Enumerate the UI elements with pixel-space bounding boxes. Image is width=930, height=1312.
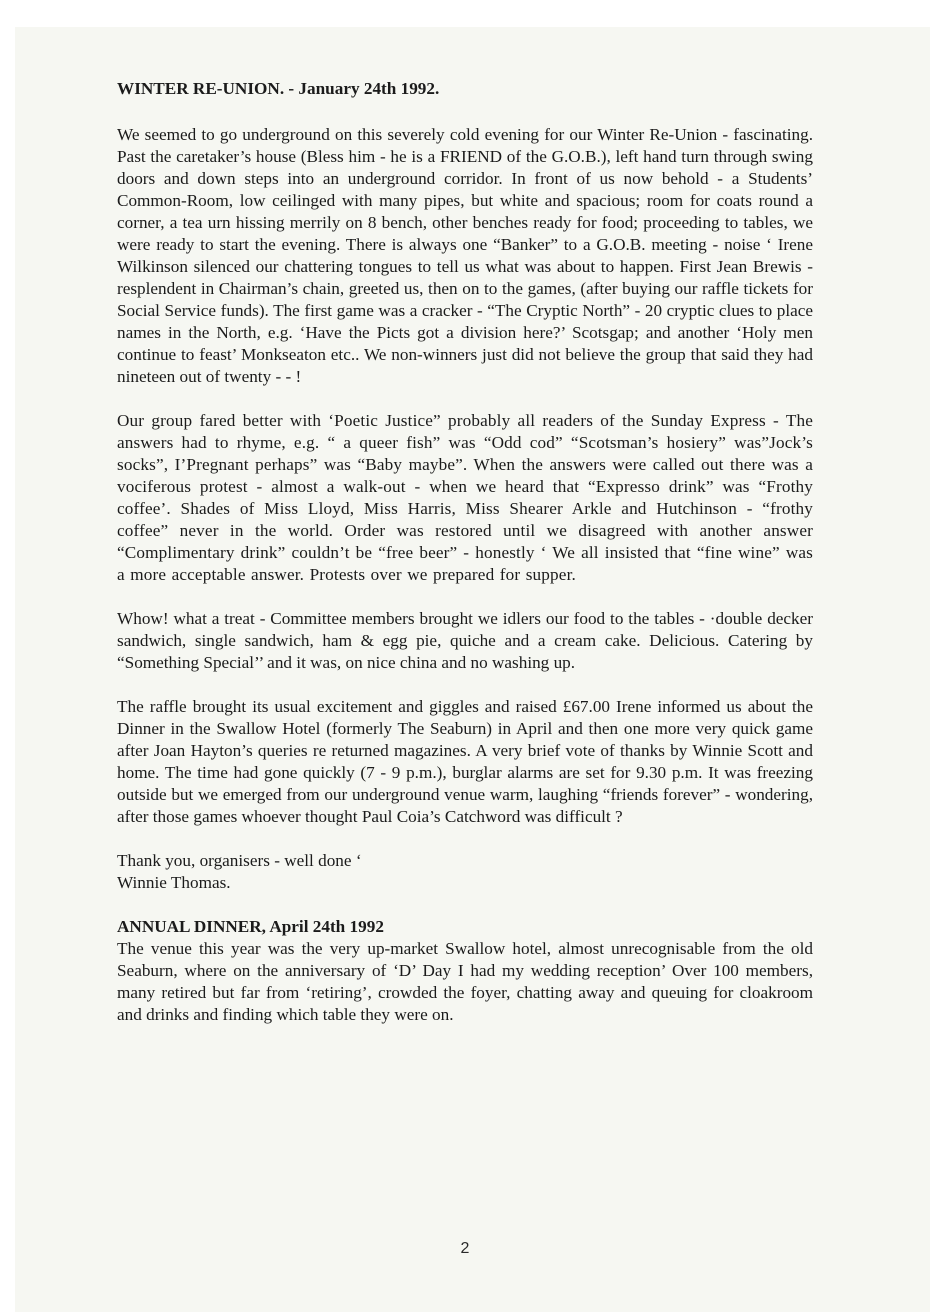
paragraph-annual-dinner: The venue this year was the very up-mark… [117,938,813,1026]
paragraph-raffle: The raffle brought its usual excitement … [117,696,813,828]
paragraph-poetic-justice: Our group fared better with ‘Poetic Just… [117,410,813,586]
section-heading-winter-reunion: WINTER RE-UNION. - January 24th 1992. [117,78,813,100]
paragraph-underground-venue: We seemed to go underground on this seve… [117,124,813,388]
section-heading-annual-dinner: ANNUAL DINNER, April 24th 1992 [117,916,813,938]
page-content: WINTER RE-UNION. - January 24th 1992. We… [117,78,813,1026]
page-number: 2 [0,1240,930,1258]
author-signature: Winnie Thomas. [117,872,813,894]
paragraph-thanks: Thank you, organisers - well done ‘ [117,850,813,872]
paragraph-supper: Whow! what a treat - Committee members b… [117,608,813,674]
